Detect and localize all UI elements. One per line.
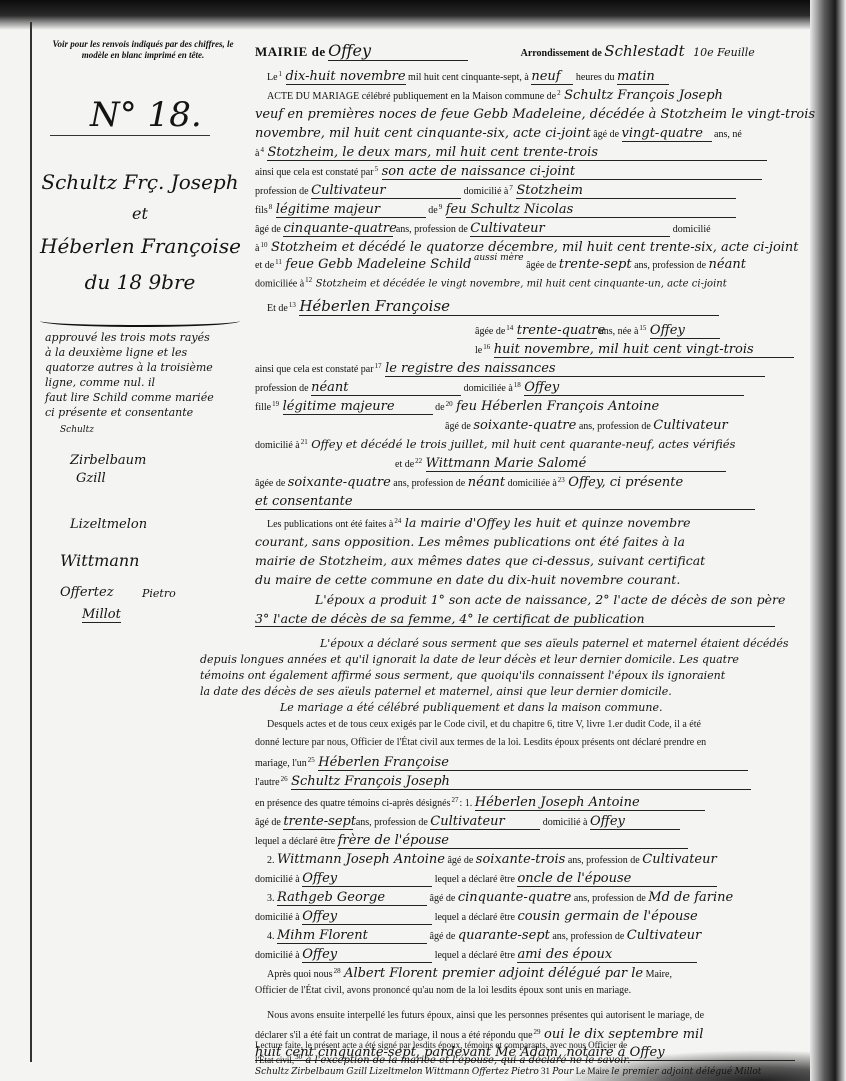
margin-date: du 18 9bre — [40, 265, 240, 299]
line: 3. Rathgeb George âgé de cinquante-quatr… — [267, 890, 733, 906]
label: ans, profession de — [568, 855, 640, 866]
signature: Offertez — [472, 1067, 509, 1077]
groom-legitimacy: légitime majeur — [276, 202, 426, 218]
witness-number: 4. — [267, 931, 275, 942]
label: ans, profession de — [579, 421, 651, 432]
bride-profession: néant — [311, 380, 461, 396]
margin-instruction: Voir pour les renvois indiqués par des c… — [48, 39, 238, 61]
scan-binding-shadow — [810, 0, 846, 1081]
margin-groom-name: Schultz Frç. Joseph — [40, 165, 240, 199]
groom-profession: Cultivateur — [311, 183, 461, 199]
groom-mother-profession: néant — [709, 257, 746, 272]
margin-signature: Schultz — [60, 425, 94, 435]
label: lequel a déclaré être — [255, 836, 335, 847]
line: veuf en premières noces de feue Gebb Mad… — [255, 107, 815, 122]
bride-legitimacy: légitime majeure — [283, 399, 433, 415]
line: et de22 Wittmann Marie Salomé — [395, 456, 726, 472]
witness-relation: frère de l'épouse — [338, 833, 688, 849]
label: âgé de — [255, 817, 281, 828]
closing-exception: à l'exception de la mariée et l'épouse, … — [305, 1055, 630, 1066]
label: domicilié à — [464, 186, 509, 197]
margin-signature: Lizeltmelon — [70, 517, 147, 532]
margin-rule — [30, 22, 32, 1062]
line: Après quoi nous28 Albert Florent premier… — [267, 966, 672, 981]
margin-signature: Pietro — [142, 587, 176, 600]
bride-father: feu Héberlen François Antoine — [456, 399, 659, 414]
label: domicilié à — [255, 950, 300, 961]
line: le16 huit novembre, mil huit cent vingt-… — [475, 342, 794, 358]
label: domiciliée à — [508, 478, 557, 489]
groom-proof: son acte de naissance ci-joint — [382, 164, 762, 180]
day-month: dix-huit novembre — [286, 69, 406, 85]
margin-signature: Millot — [82, 607, 121, 623]
witness-profession: Cultivateur — [627, 928, 701, 943]
signature: Schultz — [255, 1067, 289, 1077]
label: en présence des quatre témoins ci-après … — [255, 798, 450, 809]
witness-age: quarante-sept — [458, 928, 550, 943]
label: ans, profession de — [396, 224, 468, 235]
groom-mother: feue Gebb Madeleine Schild — [285, 257, 471, 272]
groom-mother-death: Stotzheim et décédée le vingt novembre, … — [316, 278, 727, 289]
label: à — [255, 148, 259, 159]
witness-age: cinquante-quatre — [458, 890, 572, 905]
witness-name: Rathgeb George — [277, 890, 427, 906]
label: ans, née à — [599, 326, 638, 337]
label: l'autre — [255, 777, 280, 788]
time-of-day: matin — [617, 69, 669, 85]
line: profession de Cultivateur domicilié à7 S… — [255, 183, 736, 199]
witness-number: 1. — [465, 798, 473, 809]
line: du maire de cette commune en date du dix… — [255, 572, 680, 587]
line: profession de néant domiciliée à18 Offey — [255, 380, 744, 396]
documents-produced: L'époux a produit 1° son acte de naissan… — [315, 592, 785, 607]
declaration-text: Le mariage a été célébré publiquement et… — [280, 701, 662, 714]
witness-relation: ami des époux — [517, 947, 697, 963]
legal-text: Desquels actes et de tous ceux exigés pa… — [267, 719, 701, 730]
margin-annotation-line: quatorze autres à la troisième — [45, 360, 213, 375]
declaration-line: témoins ont également affirmé sous serme… — [200, 669, 725, 682]
witness-domicile: Offey — [302, 871, 432, 887]
bottom-signatures: Schultz Zirbelbaum Gzill Lizeltmelon Wit… — [255, 1066, 815, 1077]
bride-mother: Wittmann Marie Salomé — [426, 456, 726, 472]
label: âgé de — [430, 893, 456, 904]
mayor-label: Le Maire — [576, 1066, 609, 1076]
declaration-line: la date des décès de ses aïeuls paternel… — [200, 685, 672, 698]
label: lequel a déclaré être — [435, 874, 515, 885]
label: âgée de — [255, 478, 285, 489]
margin-divider — [50, 135, 210, 136]
publications-text: mairie de Stotzheim, aux mêmes dates que… — [255, 553, 705, 568]
pronouncement-text: Officier de l'État civil, avons prononcé… — [255, 985, 631, 996]
line: à10 Stotzheim et décédé le quatorze déce… — [255, 240, 799, 255]
line: domicilié à21 Offey et décédé le trois j… — [255, 437, 735, 451]
margin-annotation-line: à la deuxième ligne et les — [45, 345, 187, 360]
groom-father-profession: Cultivateur — [470, 221, 670, 237]
signature: Zirbelbaum — [291, 1067, 344, 1077]
line: ainsi que cela est constaté par5 son act… — [255, 164, 762, 180]
line: Et de13 Héberlen Françoise — [267, 297, 719, 316]
label: domiciliée à — [464, 383, 513, 394]
corner-note: 10e Feuille — [693, 46, 755, 59]
label: âgé de — [447, 855, 473, 866]
label: domicilié à — [255, 912, 300, 923]
publications-text: du maire de cette commune en date du dix… — [255, 572, 680, 587]
arrondissement-value: Schlestadt — [604, 42, 684, 60]
margin-signature: Zirbelbaum — [70, 453, 146, 468]
groom-father-age: cinquante-quatre — [283, 221, 393, 237]
declaration-line: depuis longues années et qu'il ignorait … — [200, 653, 739, 666]
margin-bride-name: Héberlen Françoise — [40, 229, 240, 263]
line: et consentante — [255, 494, 755, 510]
witness-name: Wittmann Joseph Antoine — [277, 852, 445, 867]
witness-number: 3. — [267, 893, 275, 904]
declaration-line: L'époux a déclaré sous serment que ses a… — [320, 637, 789, 650]
margin-annotation-line: ci présente et consentante — [45, 405, 193, 420]
witness-relation: cousin germain de l'épouse — [517, 909, 697, 924]
margin-swash — [40, 315, 240, 327]
bride-mother-profession: néant — [468, 475, 505, 490]
groom-domicile: Stotzheim — [516, 183, 736, 199]
groom-mother-age: trente-sept — [559, 257, 632, 272]
line: ainsi que cela est constaté par17 le reg… — [255, 361, 765, 377]
label: lequel a déclaré être — [435, 912, 515, 923]
line: en présence des quatre témoins ci-après … — [255, 795, 705, 811]
bride-father-death: Offey et décédé le trois juillet, mil hu… — [311, 437, 735, 451]
label: Après quoi nous — [267, 969, 333, 980]
margin-signature: Wittmann — [60, 551, 139, 570]
officiant: Albert Florent premier adjoint délégué p… — [344, 966, 643, 981]
label: Le — [267, 72, 278, 83]
label: domicilié à — [255, 440, 300, 451]
label: Et de — [267, 303, 288, 314]
bride-age: trente-quatre — [517, 323, 597, 339]
bride-mother-consent: et consentante — [255, 494, 755, 510]
line: domicilié à Offey lequel a déclaré être … — [255, 947, 697, 963]
label: ans, profession de — [552, 931, 624, 942]
line: mariage, l'un25 Héberlen Françoise — [255, 755, 748, 771]
groom-status: veuf en premières noces de feue Gebb Mad… — [255, 107, 815, 122]
spouse-two: Schultz François Joseph — [291, 774, 751, 790]
act-title: ACTE DU MARIAGE célébré publiquement en … — [267, 91, 556, 102]
act-number: N° 18. — [90, 95, 202, 135]
label: et de — [395, 459, 414, 470]
publications-line: Les publications ont été faites à24 la m… — [267, 515, 691, 530]
witness-domicile: Offey — [302, 909, 432, 925]
line: âgée de14 trente-quatre ans, née à15 Off… — [475, 323, 720, 339]
label: ans, né — [714, 129, 742, 140]
interlinear-correction: aussi mère — [474, 253, 524, 263]
groom-birth: Stotzheim, le deux mars, mil huit cent t… — [267, 145, 767, 161]
bride-mother-domicile: Offey, ci présente — [568, 475, 683, 490]
margin-annotation-line: approuvé les trois mots rayés — [45, 330, 210, 345]
line: âgée de soixante-quatre ans, profession … — [255, 475, 683, 490]
witness-age: trente-sept — [283, 814, 353, 830]
label: lequel a déclaré être — [435, 950, 515, 961]
line: âgé de cinquante-quatre ans, profession … — [255, 221, 711, 237]
declaration-line: Le mariage a été célébré publiquement et… — [280, 701, 662, 714]
label: et de — [255, 260, 274, 271]
line: âgé de soixante-quatre ans, profession d… — [445, 418, 728, 433]
witness-domicile: Offey — [302, 947, 432, 963]
mairie-label: MAIRIE de — [255, 44, 326, 59]
label: ans, profession de — [574, 893, 646, 904]
line: domiciliée à12 Stotzheim et décédée le v… — [255, 276, 727, 289]
publications-text: la mairie d'Offey les huit et quinze nov… — [405, 515, 691, 530]
label: l'État civil, — [255, 1055, 294, 1065]
line: âgé de trente-sept ans, profession de Cu… — [255, 814, 680, 830]
groom-father-death: Stotzheim et décédé le quatorze décembre… — [271, 240, 799, 255]
line: l'autre26 Schultz François Joseph — [255, 774, 751, 790]
label: Les publications ont été faites à — [267, 519, 393, 530]
label: ans, profession de — [356, 817, 428, 828]
line: fille19 légitime majeure de20 feu Héberl… — [255, 399, 659, 415]
label: âgé de — [445, 421, 471, 432]
line: à4 Stotzheim, le deux mars, mil huit cen… — [255, 145, 767, 161]
label: profession de — [255, 383, 309, 394]
witness-name: Mihm Florent — [277, 928, 427, 944]
declaration-text: témoins ont également affirmé sous serme… — [200, 669, 725, 682]
groom-age: vingt-quatre — [622, 126, 712, 142]
label: heures du — [576, 72, 615, 83]
legal-text: donné lecture par nous, Officier de l'Ét… — [255, 737, 706, 748]
witness-domicile: Offey — [590, 814, 680, 830]
signature: Pietro — [511, 1067, 539, 1077]
label: mil huit cent cinquante-sept, à — [408, 72, 529, 83]
bride-father-age: soixante-quatre — [473, 418, 576, 433]
margin-signature: Offertez — [60, 585, 114, 600]
mayor-prefix: Pour — [552, 1067, 573, 1077]
bride-domicile: Offey — [524, 380, 744, 396]
groom-father: feu Schultz Nicolas — [446, 202, 736, 218]
bride-proof: le registre des naissances — [385, 361, 765, 377]
contract-text: Nous avons ensuite interpellé les futurs… — [267, 1010, 704, 1021]
header-row: MAIRIE de Offey Arrondissement de Schles… — [255, 41, 755, 61]
bride-birthdate: huit novembre, mil huit cent vingt-trois — [494, 342, 794, 358]
label: domiciliée à — [255, 278, 304, 289]
witness-number: 2. — [267, 855, 275, 866]
label: domicilié — [673, 224, 711, 235]
label: âgée de — [475, 326, 505, 337]
closing-block: Lecture faite, le présent acte a été sig… — [255, 1040, 815, 1050]
signature: Lizeltmelon — [369, 1067, 422, 1077]
label: ans, profession de — [634, 260, 706, 271]
line: 2. Wittmann Joseph Antoine âgé de soixan… — [267, 852, 717, 867]
line: lequel a déclaré être frère de l'épouse — [255, 833, 688, 849]
signature: Wittmann — [425, 1067, 470, 1077]
signature: Gzill — [346, 1067, 367, 1077]
spouse-one: Héberlen Françoise — [318, 755, 748, 771]
witness-profession: Md de farine — [648, 890, 733, 905]
closing-line-2: l'État civil,30 à l'exception de la mari… — [255, 1053, 815, 1066]
label: fille — [255, 402, 271, 413]
hour: neuf — [531, 69, 573, 85]
mayor-suffix: le premier adjoint délégué — [611, 1067, 732, 1077]
witness-profession: Cultivateur — [642, 852, 716, 867]
label: profession de — [255, 186, 309, 197]
register-page: Voir pour les renvois indiqués par des c… — [40, 25, 810, 1075]
label: fils — [255, 205, 268, 216]
witness-name: Héberlen Joseph Antoine — [475, 795, 705, 811]
line: 4. Mihm Florent âgé de quarante-sept ans… — [267, 928, 701, 944]
bride-name: Héberlen Françoise — [299, 297, 719, 316]
margin-signature: Gzill — [76, 471, 106, 486]
line: domicilié à Offey lequel a déclaré être … — [255, 909, 698, 925]
publications-text: courant, sans opposition. Les mêmes publ… — [255, 534, 685, 549]
label: domicilié à — [255, 874, 300, 885]
groom-name: Schultz François Joseph — [564, 88, 723, 103]
date-line: Le1 dix-huit novembre mil huit cent cinq… — [267, 69, 669, 85]
label: le — [475, 345, 482, 356]
witness-profession: Cultivateur — [430, 814, 540, 830]
label: âgé de — [593, 129, 619, 140]
ref-number: 31 — [541, 1066, 550, 1076]
label: ainsi que cela est constaté par — [255, 364, 374, 375]
line: et de11 feue Gebb Madeleine Schild aussi… — [255, 257, 746, 272]
act-title-line: ACTE DU MARIAGE célébré publiquement en … — [267, 88, 723, 103]
closing-text: Lecture faite, le présent acte a été sig… — [255, 1040, 815, 1050]
line: L'époux a produit 1° son acte de naissan… — [315, 592, 785, 607]
margin-conjunction: et — [40, 197, 240, 231]
label: âgée de — [526, 260, 556, 271]
bride-father-profession: Cultivateur — [653, 418, 727, 433]
documents-produced: 3° l'acte de décès de sa femme, 4° le ce… — [255, 611, 775, 627]
margin-annotation-line: ligne, comme nul. il — [45, 375, 155, 390]
declaration-text: depuis longues années et qu'il ignorait … — [200, 653, 739, 666]
label: Maire, — [646, 969, 672, 980]
declaration-text: L'époux a déclaré sous serment que ses a… — [320, 637, 789, 650]
label: âgé de — [430, 931, 456, 942]
line: courant, sans opposition. Les mêmes publ… — [255, 534, 685, 549]
bride-mother-age: soixante-quatre — [288, 475, 391, 490]
line: novembre, mil huit cent cinquante-six, a… — [255, 126, 742, 142]
label: âgé de — [255, 224, 281, 235]
arrondissement-label: Arrondissement de — [521, 48, 602, 59]
declaration-text: la date des décès de ses aïeuls paternel… — [200, 685, 672, 698]
label: ans, profession de — [393, 478, 465, 489]
line: mairie de Stotzheim, aux mêmes dates que… — [255, 553, 705, 568]
margin-annotation-line: faut lire Schild comme mariée — [45, 390, 214, 405]
mairie-value: Offey — [328, 41, 468, 61]
witness-age: soixante-trois — [476, 852, 566, 867]
label: de — [435, 402, 444, 413]
label: à — [255, 243, 259, 254]
line: domicilié à Offey lequel a déclaré être … — [255, 871, 717, 887]
death-date: novembre, mil huit cent cinquante-six, a… — [255, 126, 591, 141]
line: fils8 légitime majeur de9 feu Schultz Ni… — [255, 202, 736, 218]
mayor-signature: Millot — [734, 1067, 761, 1077]
scan-top-shadow — [0, 0, 846, 22]
witness-relation: oncle de l'épouse — [517, 871, 717, 887]
line: 3° l'acte de décès de sa femme, 4° le ce… — [255, 611, 775, 627]
label: de — [428, 205, 437, 216]
label: mariage, l'un — [255, 758, 307, 769]
bride-birthplace: Offey — [650, 323, 720, 339]
label: ainsi que cela est constaté par — [255, 167, 374, 178]
label: domicilié à — [543, 817, 588, 828]
